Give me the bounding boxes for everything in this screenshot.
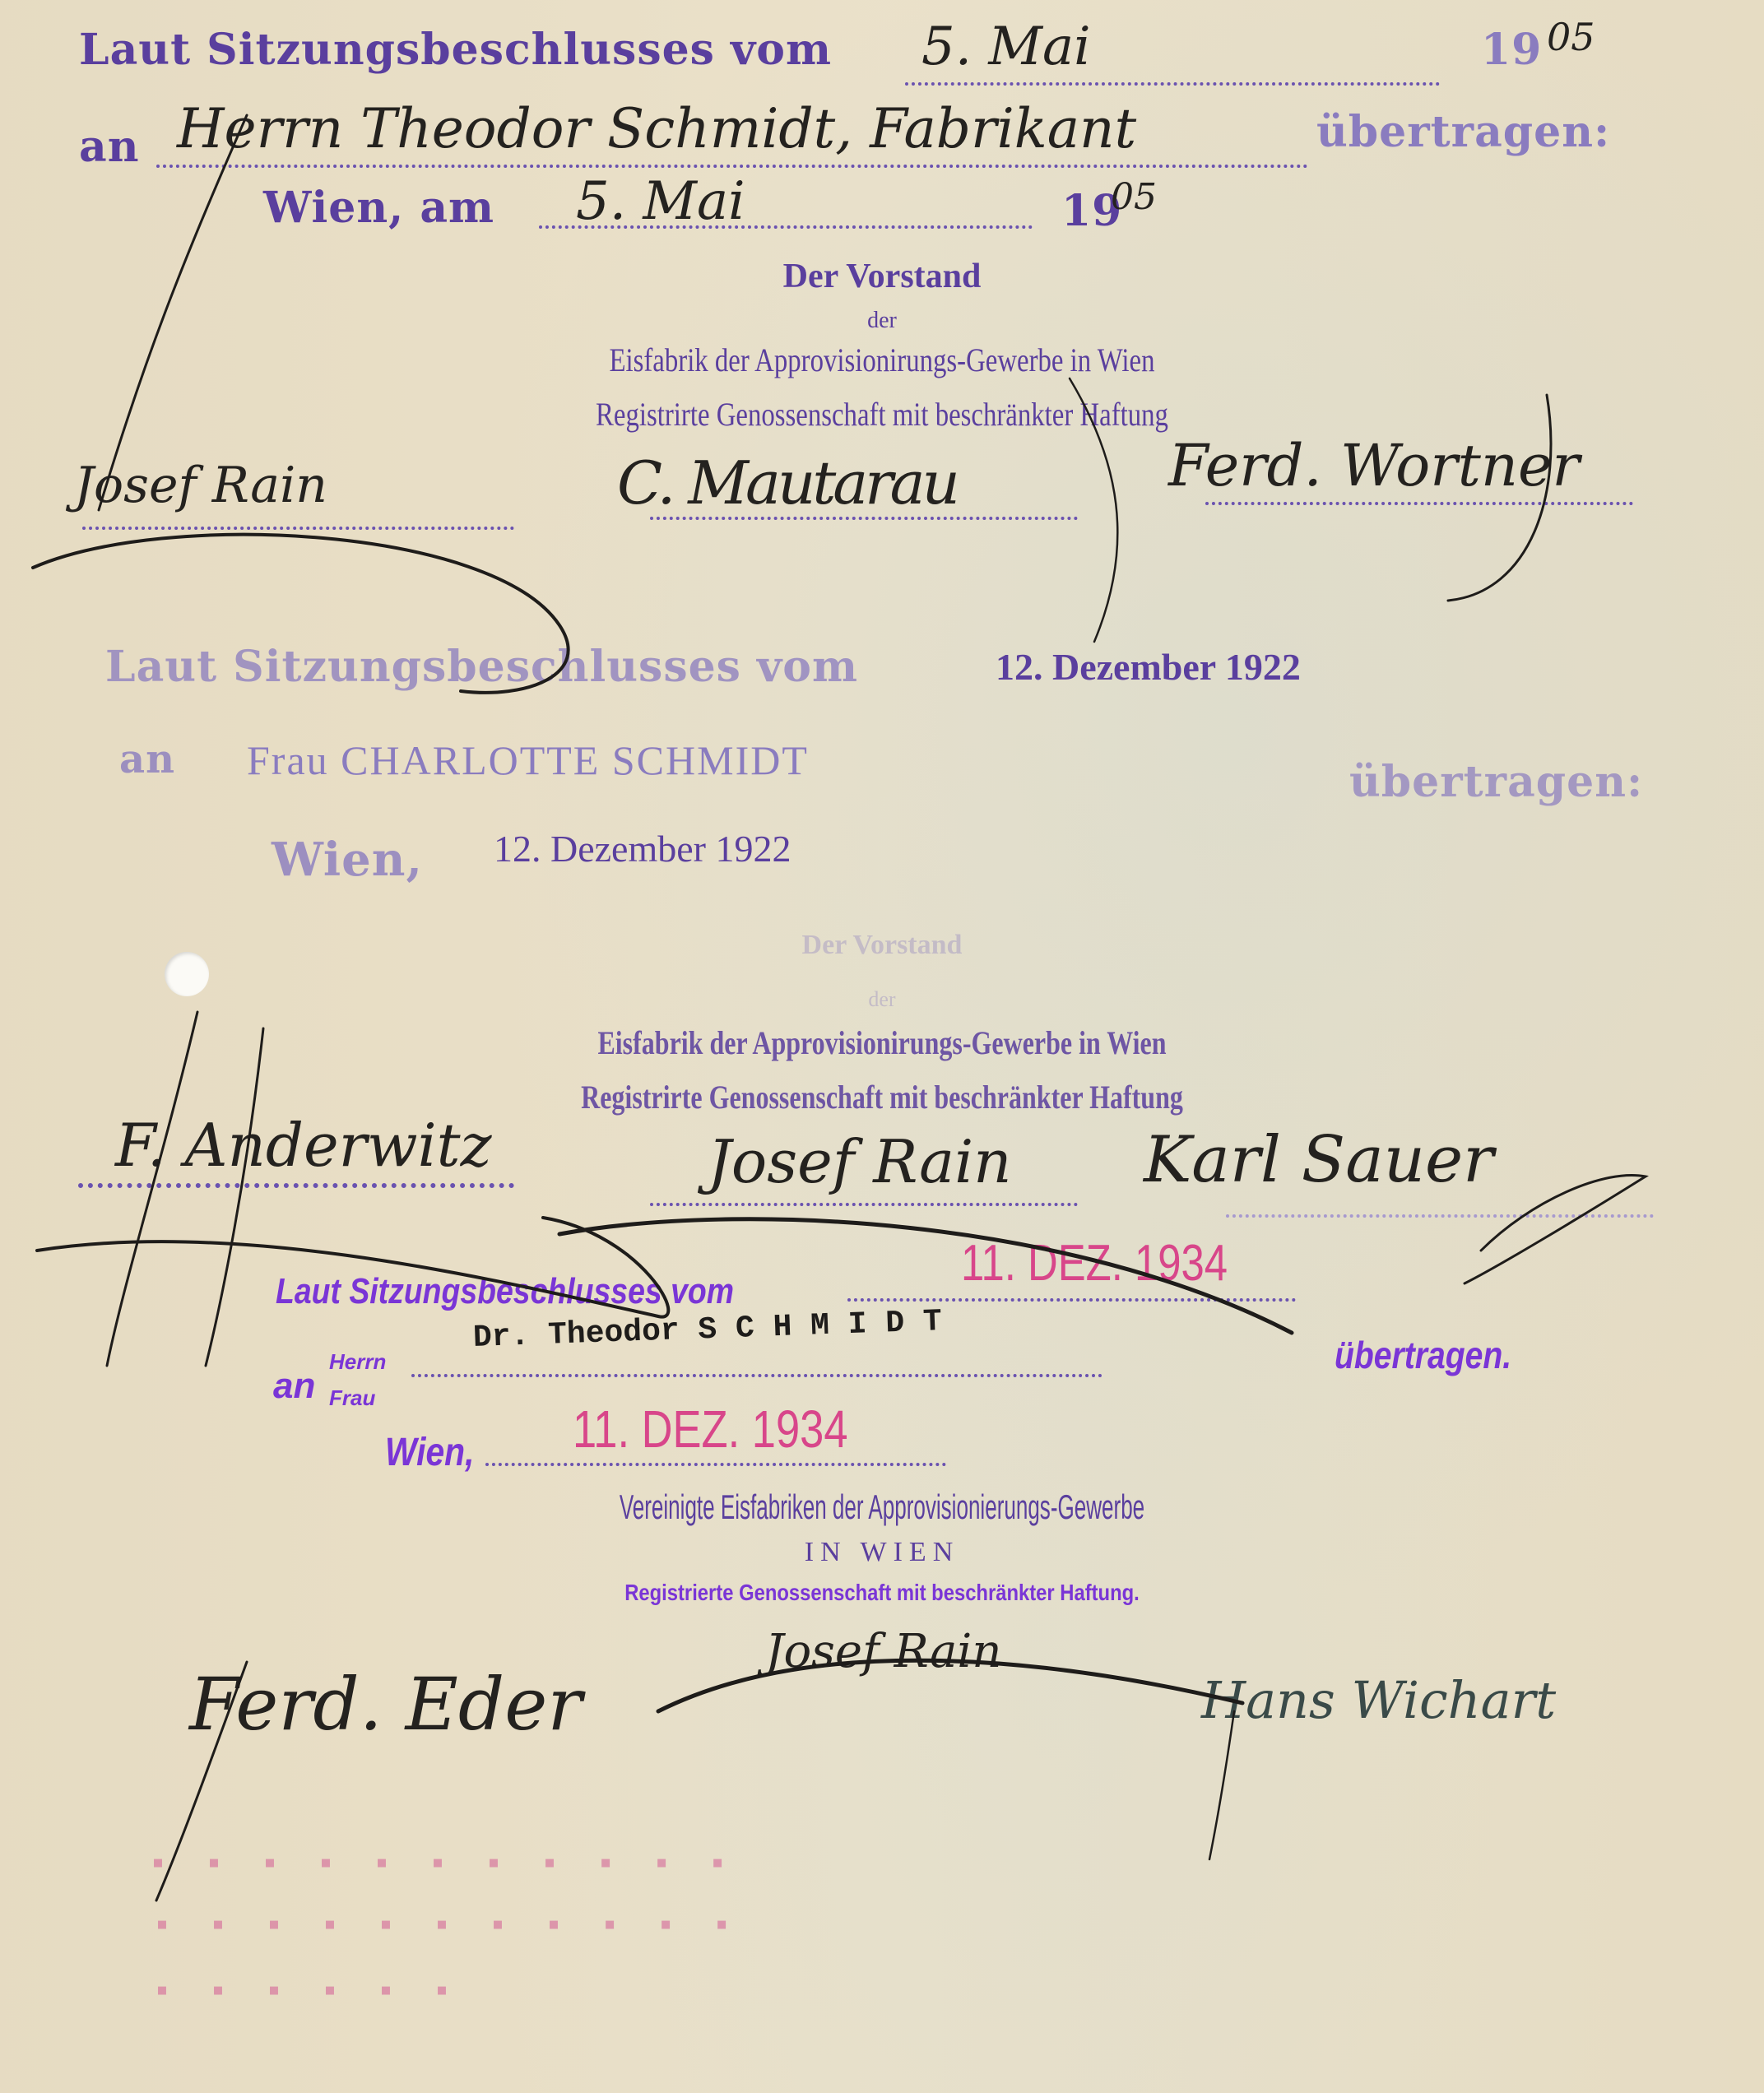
signature-1934-ferd-eder: Ferd. Eder xyxy=(189,1662,582,1747)
transfer-1922-recipient-stamp: Frau CHARLOTTE SCHMIDT xyxy=(247,736,809,784)
signature-1905-wortner: Ferd. Wortner xyxy=(1168,432,1580,499)
transfer-1934-company-line3: Registrierte Genossenschaft mit beschrän… xyxy=(132,1580,1632,1606)
faded-stamp-line-1: ▪ ▪ ▪ ▪ ▪ ▪ ▪ ▪ ▪ ▪ ▪ xyxy=(148,1847,736,1884)
dotted-rule xyxy=(905,82,1440,86)
transfer-1905-board-of: der xyxy=(0,308,1764,334)
dotted-rule xyxy=(847,1298,1296,1302)
transfer-1934-line2-prefix: an xyxy=(273,1366,315,1407)
transfer-1905-line1-label: Laut Sitzungsbeschlusses vom xyxy=(79,25,832,75)
transfer-1905-line2-suffix: übertragen: xyxy=(1316,107,1610,157)
dotted-rule xyxy=(485,1463,946,1466)
transfer-1922-line3-prefix: Wien, xyxy=(272,833,423,887)
transfer-1922-board-of-faded: der xyxy=(0,987,1764,1012)
transfer-1905-line3-prefix: Wien, am xyxy=(263,183,494,233)
signature-line-3 xyxy=(1226,1214,1654,1218)
signature-1922-josef-rain: Josef Rain xyxy=(708,1127,1012,1196)
transfer-1905-recipient-handwritten: Herrn Theodor Schmidt, Fabrikant xyxy=(177,97,1136,160)
transfer-1922-line3-date-stamp: 12. Dezember 1922 xyxy=(494,827,791,870)
signature-1905-mautarau: C. Mautarau xyxy=(617,448,957,517)
signature-line-1 xyxy=(82,527,514,530)
transfer-1905-year-prefix: 19 xyxy=(1481,25,1542,75)
transfer-1934-honorific-herrn: Herrn xyxy=(329,1349,386,1375)
transfer-1905-company-line2: Registrirte Genossenschaft mit beschränk… xyxy=(159,395,1605,434)
transfer-1934-line1-label: Laut Sitzungsbeschlusses vom xyxy=(276,1271,734,1312)
transfer-1905-company-line1: Eisfabrik der Approvisionirungs-Gewerbe … xyxy=(159,341,1605,379)
transfer-1905-year-suffix: 05 xyxy=(1547,15,1595,59)
punch-hole xyxy=(165,952,209,996)
transfer-1922-company-line1: Eisfabrik der Approvisionirungs-Gewerbe … xyxy=(176,1023,1587,1062)
faded-stamp-line-3: ▪ ▪ ▪ ▪ ▪ ▪ xyxy=(152,1975,460,2012)
transfer-1934-honorific-frau: Frau xyxy=(329,1385,375,1411)
transfer-1934-company-line1: Vereinigte Eisfabriken der Approvisionie… xyxy=(335,1487,1428,1527)
dotted-rule xyxy=(411,1374,1102,1377)
transfer-1934-company-line2: IN WIEN xyxy=(0,1537,1764,1568)
signature-1922-anderwitz: F. Anderwitz xyxy=(115,1111,492,1180)
transfer-1934-line2-suffix: übertragen. xyxy=(1335,1333,1511,1377)
signature-line-2 xyxy=(650,1203,1078,1206)
transfer-1922-line1-label: Laut Sitzungsbeschlusses vom xyxy=(105,642,858,692)
transfer-1922-line2-prefix: an xyxy=(119,736,175,782)
transfer-1934-line3-prefix: Wien, xyxy=(385,1430,474,1475)
transfer-1905-line3-date-handwritten: 5. Mai xyxy=(576,171,745,232)
transfer-1934-date-stamp: 11. DEZ. 1934 xyxy=(961,1234,1228,1292)
signature-1905-josef-rain: Josef Rain xyxy=(74,457,327,514)
transfer-1922-date-stamp: 12. Dezember 1922 xyxy=(996,645,1301,689)
signature-1934-josef-rain: Josef Rain xyxy=(765,1625,1001,1678)
faded-stamp-line-2: ▪ ▪ ▪ ▪ ▪ ▪ ▪ ▪ ▪ ▪ ▪ xyxy=(152,1909,740,1946)
transfer-1905-board-title: Der Vorstand xyxy=(0,257,1764,296)
transfer-1905-line2-prefix: an xyxy=(79,122,140,172)
signature-1922-karl-sauer: Karl Sauer xyxy=(1144,1123,1493,1197)
dotted-rule xyxy=(156,165,1308,168)
transfer-1905-date-handwritten: 5. Mai xyxy=(921,16,1091,77)
signature-1934-hans-wichart: Hans Wichart xyxy=(1201,1670,1556,1730)
transfer-1934-line3-date-stamp: 11. DEZ. 1934 xyxy=(573,1399,848,1460)
transfer-1922-line2-suffix: übertragen: xyxy=(1349,757,1643,807)
transfer-1905-line3-year-suffix: 05 xyxy=(1111,176,1157,218)
signature-line-3 xyxy=(1205,502,1633,505)
transfer-1922-board-title-faded: Der Vorstand xyxy=(0,930,1764,961)
signature-line-1 xyxy=(78,1183,514,1188)
